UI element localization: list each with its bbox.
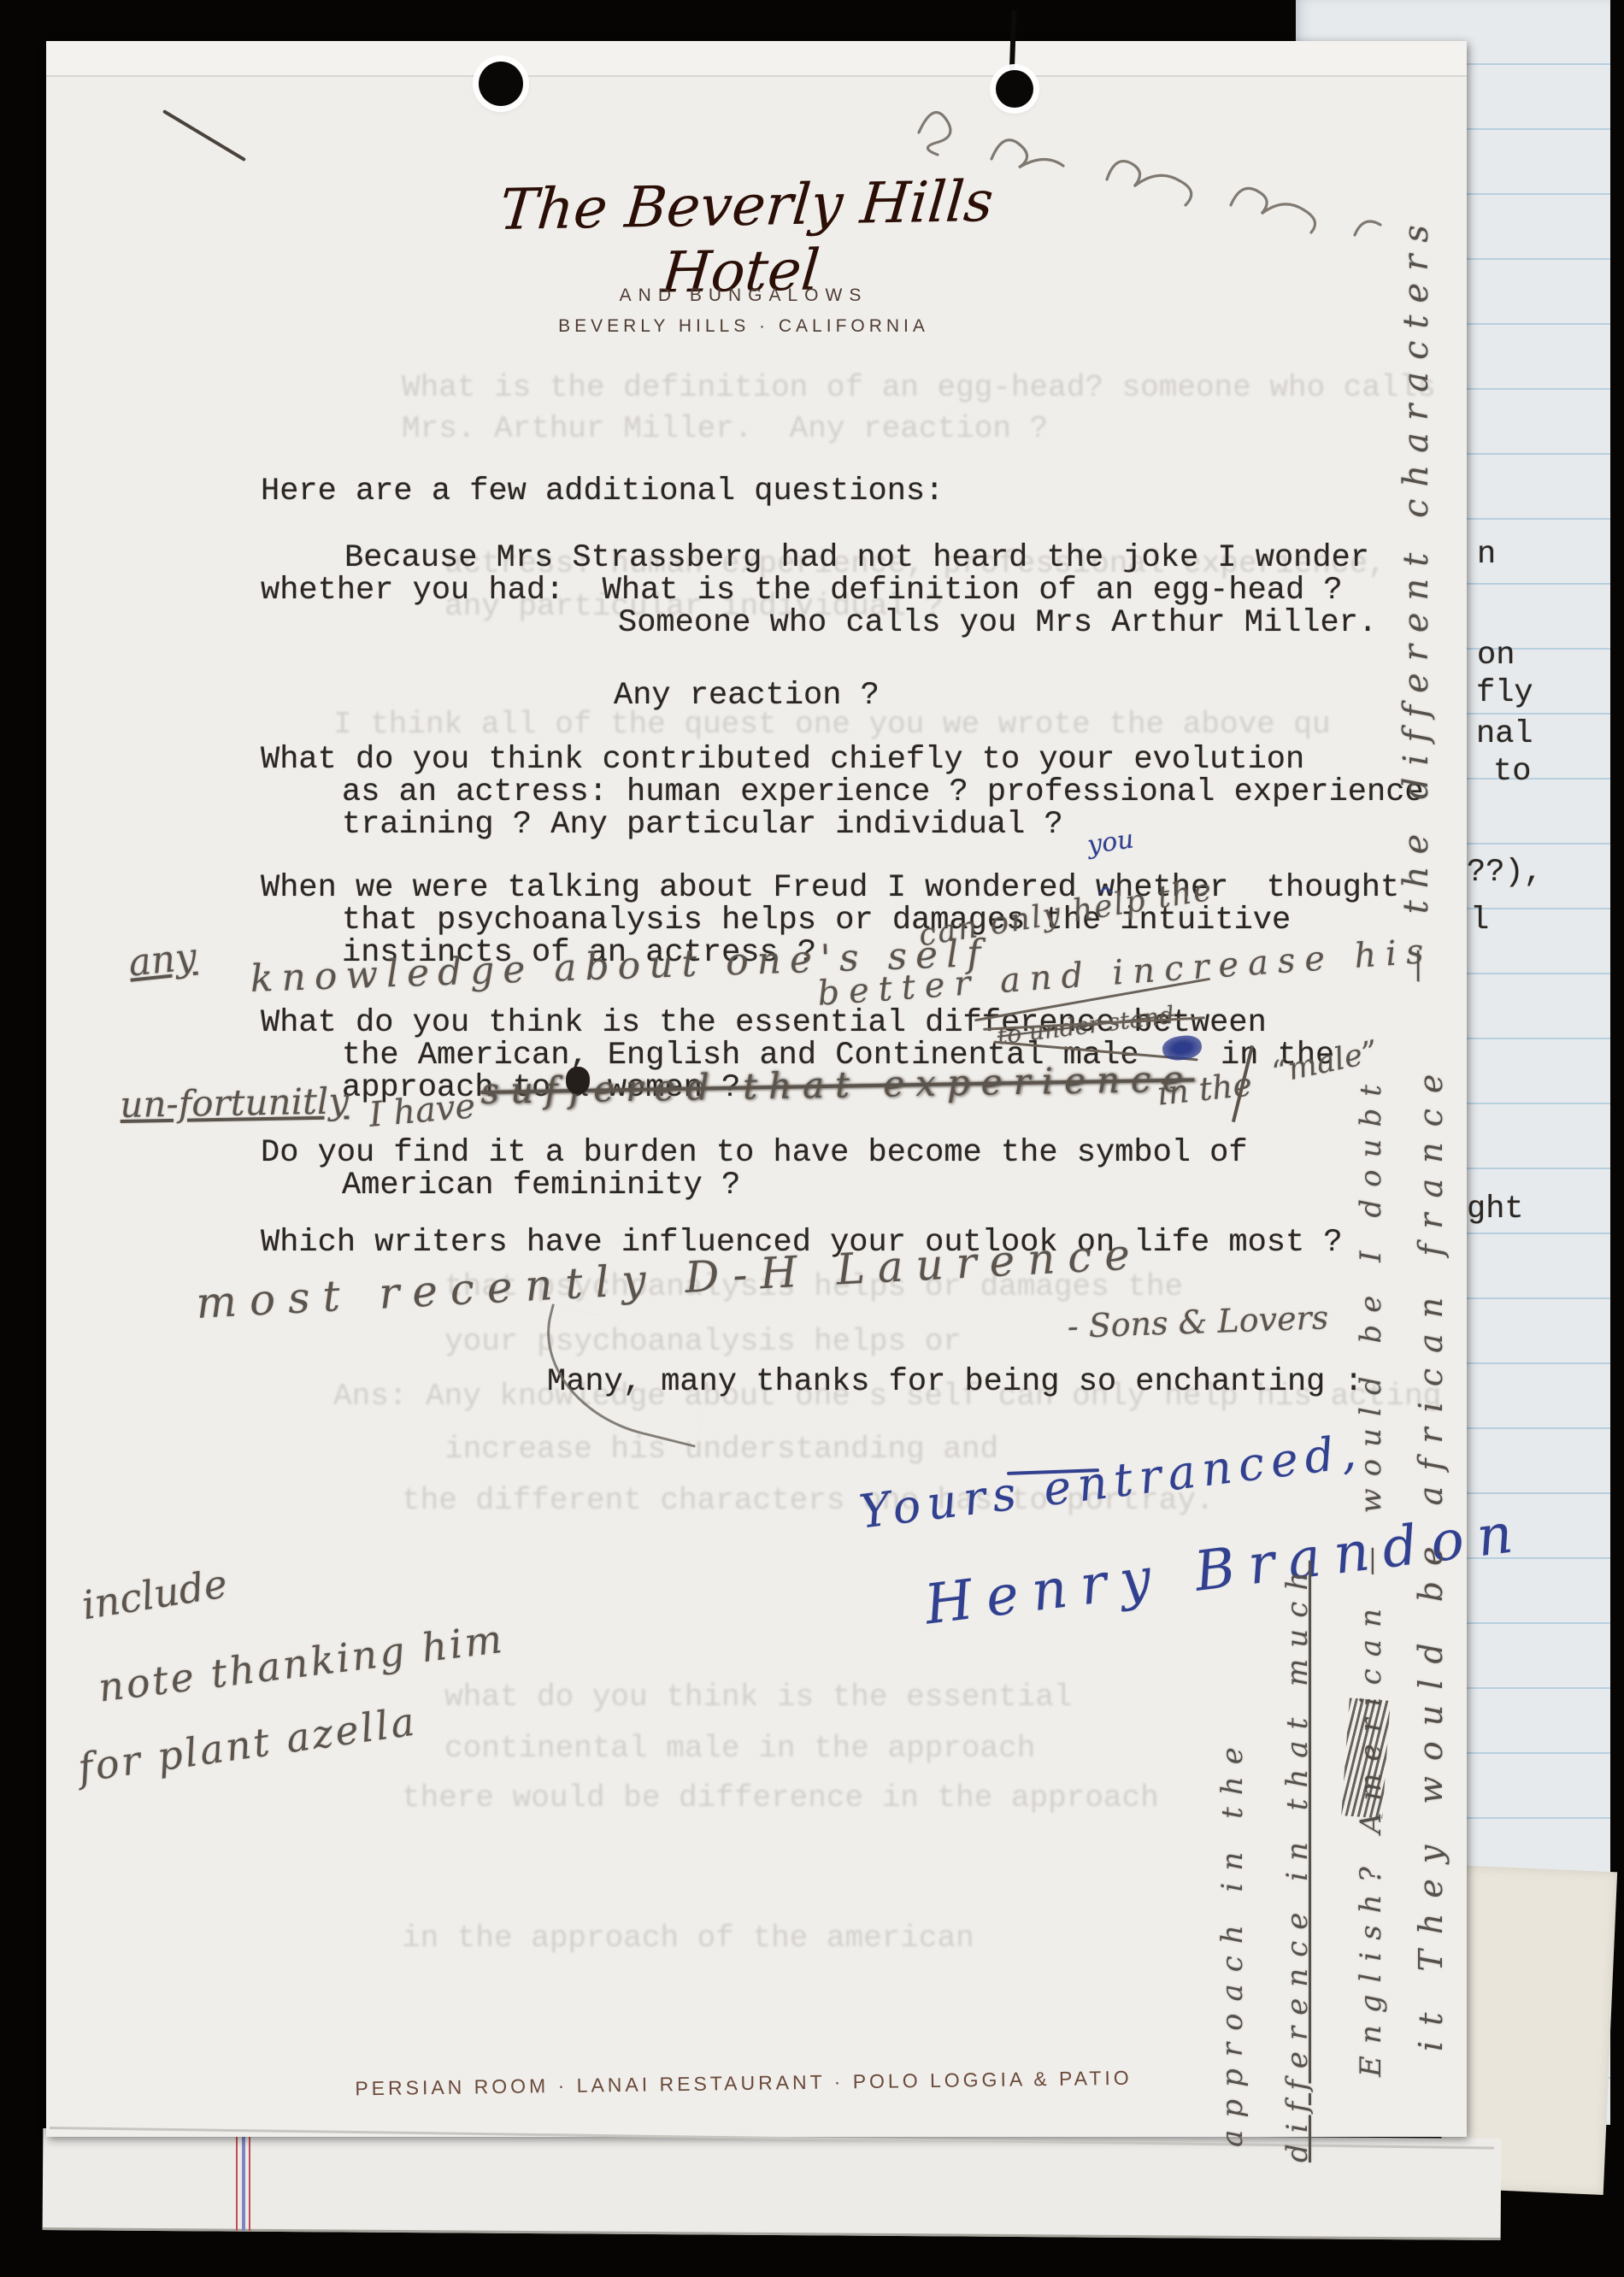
typed: When we were talking about Freud I wonde… <box>261 872 1399 905</box>
typed: whether you had: What is the definition … <box>261 574 1343 608</box>
note-any: any <box>127 935 198 986</box>
margin-note-different-characters: — the different characters <box>1397 214 1436 983</box>
punch-hole-left <box>479 62 523 106</box>
typed-frag: ght <box>1467 1193 1524 1227</box>
typed-frag: nal <box>1476 718 1533 751</box>
letterhead-city-line: BEVERLY HILLS · CALIFORNIA <box>479 316 1009 337</box>
typed: Any reaction ? <box>614 680 880 713</box>
typed: training ? Any particular individual ? <box>342 809 1063 842</box>
ghost: continental male in the approach <box>444 1733 1035 1764</box>
scanned-letter-page: The Beverly Hills Hotel AND BUNGALOWS BE… <box>0 0 1624 2277</box>
typed: as an actress: human experience ? profes… <box>342 776 1424 809</box>
margin-note-english-american: English? American — would be I doubt <box>1354 1171 1388 2077</box>
typed: Here are a few additional questions: <box>261 475 944 509</box>
typed-frag: fly <box>1476 677 1533 710</box>
ghost: what do you think is the essential <box>444 1682 1073 1713</box>
typed-frag: to <box>1493 756 1531 789</box>
typed: Someone who calls you Mrs Arthur Miller. <box>618 607 1377 640</box>
margin-note-approach: approach in the <box>1215 1771 1250 2147</box>
ghost: Mrs. Arthur Miller. Any reaction ? <box>402 414 1048 444</box>
typed-frag: ??), <box>1467 856 1543 890</box>
typed-frag: l <box>1470 904 1489 938</box>
insertion-you: you <box>1086 824 1136 860</box>
ghost: What is the definition of an egg-head? s… <box>402 373 1436 403</box>
margin-note-they-would-be: it They would be african france <box>1412 1094 1450 2051</box>
pencil-scribble-blob <box>1341 1697 1391 1818</box>
typed: What do you think contributed chiefly to… <box>261 744 1304 777</box>
pencil-scrawl-top <box>889 77 1419 248</box>
typed: American femininity ? <box>342 1169 740 1203</box>
typed: Because Mrs Strassberg had not heard the… <box>344 542 1369 575</box>
typed-frag: on <box>1477 639 1515 673</box>
typed: Do you find it a burden to have become t… <box>261 1137 1248 1170</box>
typed-frag: n <box>1477 538 1496 572</box>
airmail-stripe <box>236 2133 253 2231</box>
page-fold-edge <box>46 41 1467 77</box>
ghost: in the approach of the american <box>402 1923 974 1954</box>
letterhead-and-bungalows: AND BUNGALOWS <box>479 285 1009 306</box>
margin-note-difference: difference in that much <box>1280 1607 1315 2162</box>
note-unfortunitly: un-fortunitly <box>120 1080 349 1126</box>
ghost: there would be difference in the approac… <box>402 1783 1159 1814</box>
ghost: increase his understanding and <box>444 1434 998 1465</box>
typed-strikeover <box>566 1067 590 1094</box>
insertion-caret: ^ <box>1096 882 1115 910</box>
ghost: I think all of the quest one you we wrot… <box>333 709 1331 740</box>
